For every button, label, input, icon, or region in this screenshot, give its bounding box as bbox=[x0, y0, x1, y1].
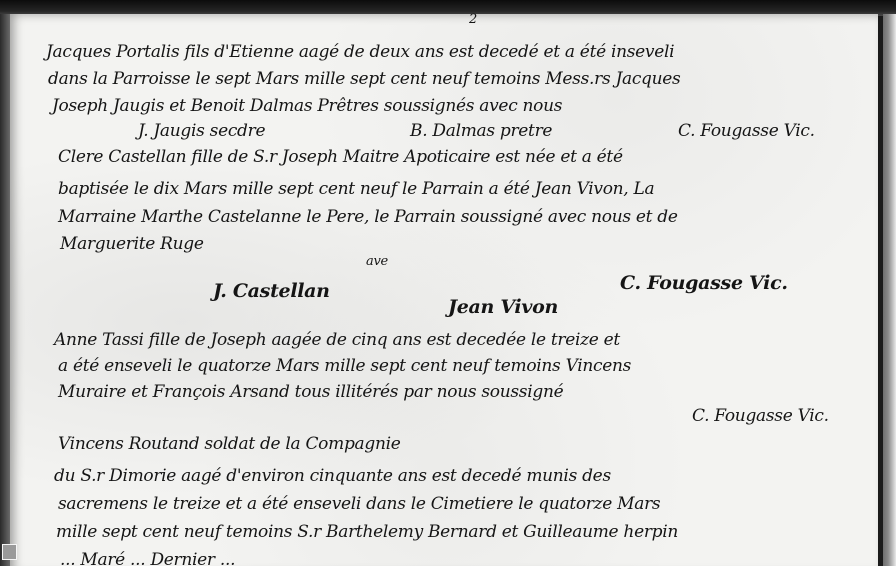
entry-line: Joseph Jaugis et Benoit Dalmas Prêtres s… bbox=[52, 96, 562, 116]
entry-line: mille sept cent neuf temoins S.r Barthel… bbox=[56, 522, 678, 542]
signature: J. Jaugis secdre bbox=[138, 121, 265, 141]
signature-note: ave bbox=[366, 254, 388, 269]
entry-line: a été enseveli le quatorze Mars mille se… bbox=[58, 356, 631, 376]
signature: B. Dalmas pretre bbox=[410, 121, 552, 141]
register-page: 2 Jacques Portalis fils d'Etienne aagé d… bbox=[8, 14, 878, 566]
scan-corner-marker bbox=[2, 544, 17, 560]
entry-line: baptisée le dix Mars mille sept cent neu… bbox=[58, 179, 654, 199]
entry-line: du S.r Dimorie aagé d'environ cinquante … bbox=[54, 466, 611, 486]
scan-right-edge bbox=[883, 14, 896, 566]
signature: J. Castellan bbox=[213, 280, 330, 302]
signature: C. Fougasse Vic. bbox=[620, 272, 788, 294]
entry-line: ... Maré ... Dernier ... bbox=[60, 550, 235, 566]
entry-line: Marraine Marthe Castelanne le Pere, le P… bbox=[58, 207, 678, 227]
entry-line: Anne Tassi fille de Joseph aagée de cinq… bbox=[54, 330, 620, 350]
page-mark: 2 bbox=[469, 12, 477, 27]
entry-line: Marguerite Ruge bbox=[60, 234, 204, 254]
entry-line: Clere Castellan fille de S.r Joseph Mait… bbox=[58, 147, 623, 167]
signature: C. Fougasse Vic. bbox=[678, 121, 815, 141]
entry-line: sacremens le treize et a été enseveli da… bbox=[58, 494, 660, 514]
scan-left-edge bbox=[0, 14, 10, 566]
entry-line: dans la Parroisse le sept Mars mille sep… bbox=[48, 69, 680, 89]
signature: C. Fougasse Vic. bbox=[692, 406, 829, 426]
entry-line: Jacques Portalis fils d'Etienne aagé de … bbox=[46, 42, 674, 62]
signature: Jean Vivon bbox=[448, 296, 558, 318]
entry-line: Muraire et François Arsand tous illitéré… bbox=[58, 382, 563, 402]
entry-line: Vincens Routand soldat de la Compagnie bbox=[58, 434, 401, 454]
